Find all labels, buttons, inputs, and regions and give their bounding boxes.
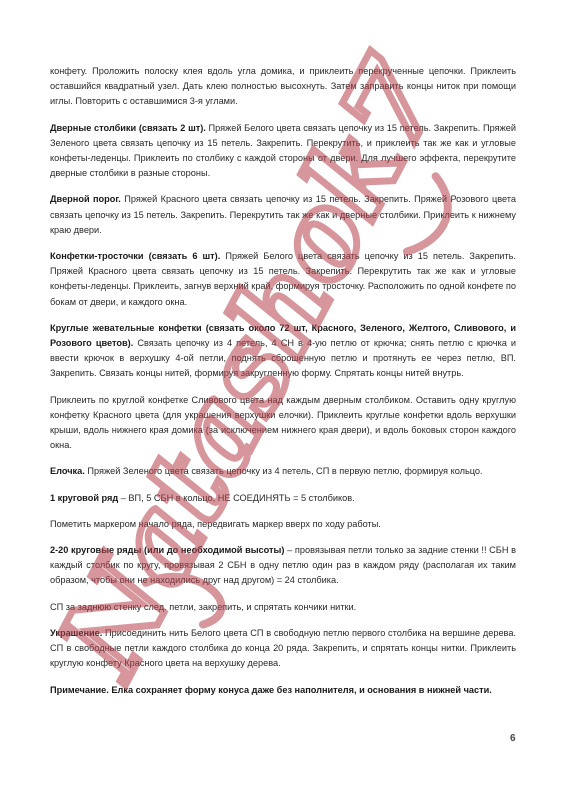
document-page: конфету. Проложить полоску клея вдоль уг…	[50, 64, 516, 709]
heading-door-threshold: Дверной порог.	[50, 194, 121, 204]
paragraph-round-1: 1 круговой ряд – ВП, 5 СБН в кольцо, НЕ …	[50, 491, 516, 506]
paragraph-door-posts: Дверные столбики (связать 2 шт). Пряжей …	[50, 121, 516, 182]
heading-decoration: Украшение.	[50, 628, 102, 638]
paragraph-rounds-2-20: 2-20 круговые ряды (или до необходимой в…	[50, 543, 516, 589]
page-number: 6	[510, 733, 516, 744]
paragraph-note: Примечание. Елка сохраняет форму конуса …	[50, 683, 516, 698]
paragraph-candy-canes: Конфетки-тросточки (связать 6 шт). Пряже…	[50, 249, 516, 310]
paragraph-marker: Пометить маркером начало ряда, передвига…	[50, 517, 516, 532]
paragraph-gumdrops: Круглые жевательные конфетки (связать ок…	[50, 321, 516, 382]
heading-door-posts: Дверные столбики (связать 2 шт).	[50, 123, 206, 133]
paragraph-tree: Елочка. Пряжей Зеленого цвета связать це…	[50, 464, 516, 479]
heading-rounds-2-20: 2-20 круговые ряды (или до необходимой в…	[50, 545, 284, 555]
paragraph-1: конфету. Проложить полоску клея вдоль уг…	[50, 64, 516, 110]
paragraph-decoration: Украшение. Присоединить нить Белого цвет…	[50, 626, 516, 672]
heading-candy-canes: Конфетки-тросточки (связать 6 шт).	[50, 251, 220, 261]
heading-round-1: 1 круговой ряд	[50, 493, 118, 503]
heading-tree: Елочка.	[50, 466, 85, 476]
paragraph-finish: СП за заднюю стенку след. петли, закрепи…	[50, 600, 516, 615]
paragraph-door-threshold: Дверной порог. Пряжей Красного цвета свя…	[50, 192, 516, 238]
paragraph-gumdrop-placement: Приклеить по круглой конфетке Сливового …	[50, 393, 516, 454]
heading-note: Примечание. Елка сохраняет форму конуса …	[50, 685, 492, 695]
